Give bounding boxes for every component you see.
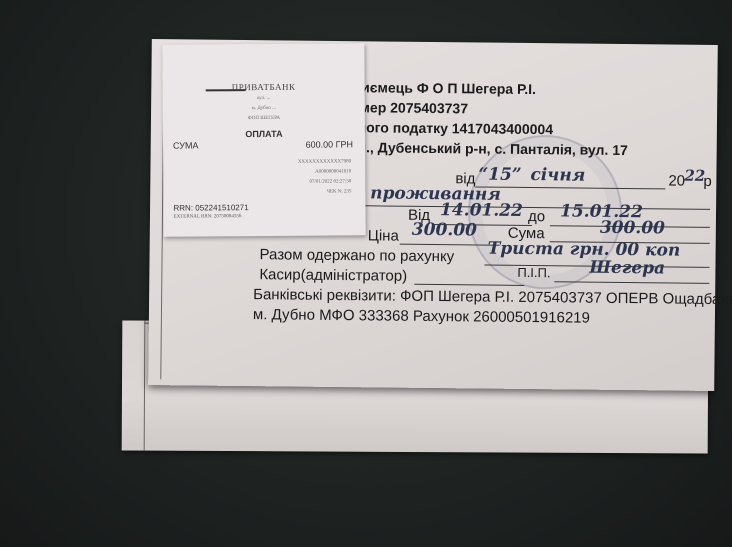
card-row: XXXXXXXXXXXX7980 (175, 159, 351, 165)
date-month: січня (530, 165, 585, 186)
date-year-hand: 22 (684, 167, 705, 185)
sum-value: 600.00 ГРН (306, 139, 353, 149)
date-suffix: р (703, 173, 712, 190)
bank-details-line2: м. Дубно МФО 333368 Рахунок 260005019162… (253, 306, 590, 327)
date-day: “15” (478, 164, 521, 184)
margin-line (144, 321, 146, 451)
rrn: RRN: 052241510271 (173, 203, 248, 213)
bank-name: ПРИВАТБАНК (163, 81, 365, 92)
aid-row: A0000000041010 (175, 169, 351, 175)
sum-row: СУМА 600.00 ГРН (173, 139, 353, 150)
sum-label: СУМА (173, 140, 198, 150)
aid-value: A0000000041010 (315, 169, 351, 174)
sum-hand: 300.00 (600, 218, 665, 239)
privatbank-payment-receipt: ПРИВАТБАНК вул. ... м. Дубно ... ФОП ШЕГ… (162, 43, 365, 236)
check-row: ЧЕК N: 235 (175, 189, 351, 195)
merchant-line: вул. ... (163, 95, 365, 101)
check-number: ЧЕК N: 235 (327, 189, 352, 194)
to-label: до (528, 208, 545, 225)
external-rrn: EXTERNAL RRN: 20750084556 (174, 214, 242, 219)
bank-details-line: Банківські реквізити: ФОП Шегера Р.І. 20… (253, 286, 732, 308)
merchant-line: ФОП ШЕГЕРА (163, 115, 365, 121)
datetime-value: 07/01/2022 02:27:58 (309, 179, 351, 184)
total-hand: Триста грн. 00 коп (488, 239, 681, 261)
card-value: XXXXXXXXXXXX7980 (298, 159, 351, 164)
datetime-row: 07/01/2022 02:27:58 (175, 179, 351, 185)
merchant-line: м. Дубно ... (163, 105, 365, 111)
pib-label: П.І.П. (517, 265, 550, 280)
total-label: Разом одержано по рахунку (259, 246, 454, 265)
cashier-label: Касир(адміністратор) (259, 266, 407, 285)
date-year-prefix: 20 (668, 172, 685, 189)
pib-hand: Шегера (589, 258, 665, 279)
operation-label: ОПЛАТА (163, 128, 365, 139)
price-hand: 300.00 (412, 220, 477, 241)
price-label: Ціна (368, 227, 399, 244)
from-hand: 14.01.22 (440, 200, 523, 221)
